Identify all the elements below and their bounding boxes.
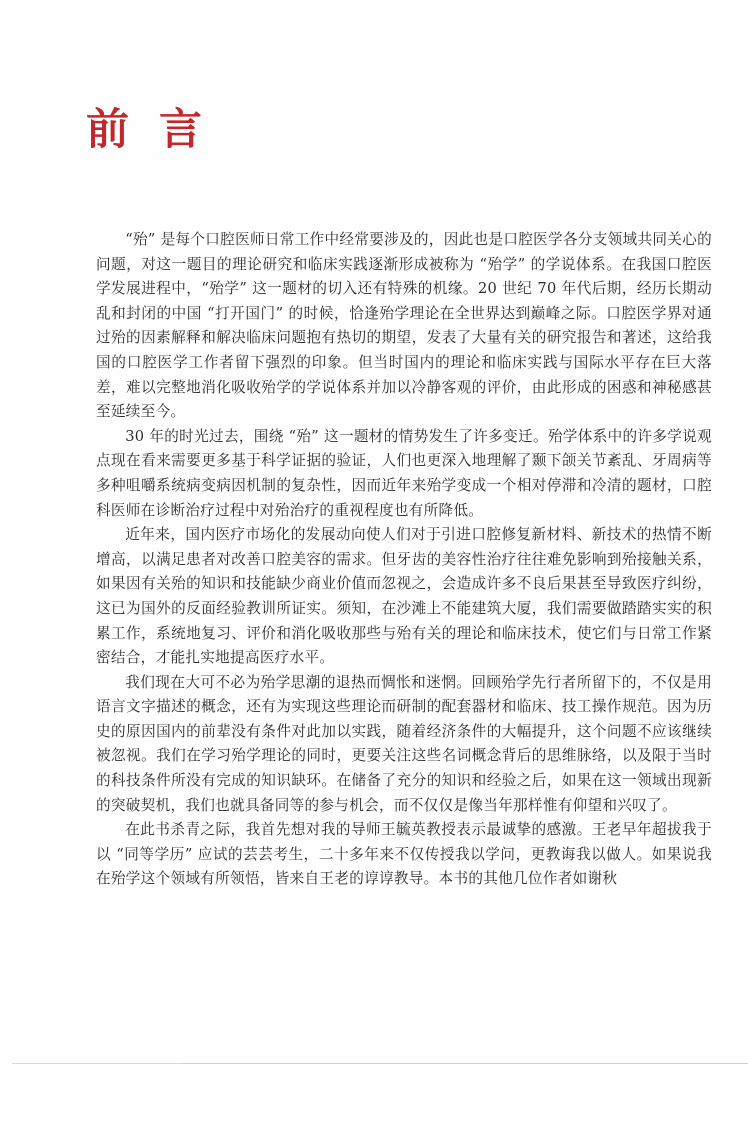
paragraph-2: 30 年的时光过去，围绕 “殆” 这一题材的情势发生了许多变迁。殆学体系中的许多… bbox=[96, 425, 712, 523]
paragraph-3: 近年来，国内医疗市场化的发展动向使人们对于引进口腔修复新材料、新技术的热情不断增… bbox=[96, 523, 712, 671]
preface-body: “殆” 是每个口腔医师日常工作中经常要涉及的，因此也是口腔医学各分支领域共同关心… bbox=[96, 228, 712, 892]
paragraph-5: 在此书杀青之际，我首先想对我的导师王毓英教授表示最诚挚的感激。王老早年超拔我于以… bbox=[96, 818, 712, 892]
paragraph-1: “殆” 是每个口腔医师日常工作中经常要涉及的，因此也是口腔医学各分支领域共同关心… bbox=[96, 228, 712, 425]
paragraph-4: 我们现在大可不必为殆学思潮的退热而惆怅和迷惘。回顾殆学先行者所留下的，不仅是用语… bbox=[96, 671, 712, 819]
footer-divider bbox=[12, 1063, 748, 1064]
footer-divider-segment bbox=[12, 1063, 182, 1064]
page-title: 前言 bbox=[86, 100, 232, 160]
document-page: 前言 “殆” 是每个口腔医师日常工作中经常要涉及的，因此也是口腔医学各分支领域共… bbox=[0, 0, 748, 1122]
